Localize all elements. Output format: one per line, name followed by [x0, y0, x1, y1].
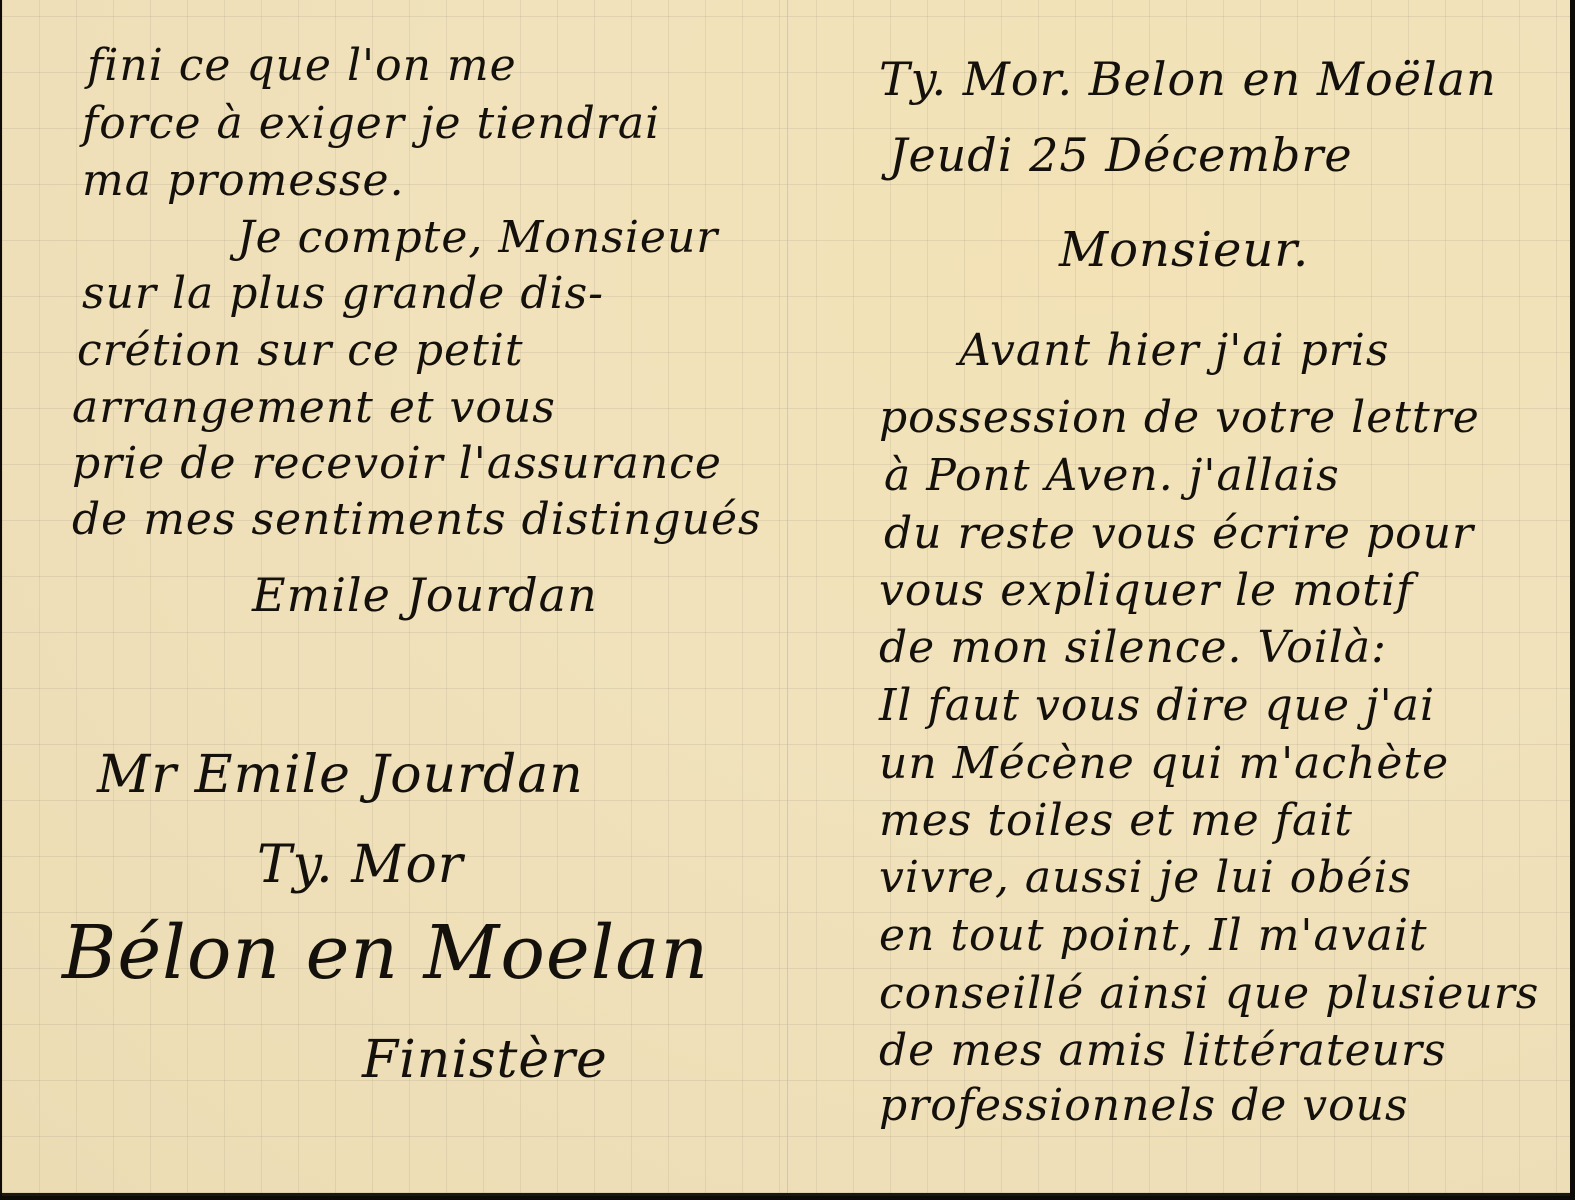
- closing-line: de mes sentiments distingués: [72, 494, 762, 545]
- address-house: Ty. Mor: [257, 835, 464, 895]
- left-page: fini ce que l'on me force à exiger je ti…: [2, 0, 787, 1193]
- closing-line: crétion sur ce petit: [77, 325, 524, 376]
- body-line: du reste vous écrire pour: [884, 508, 1474, 559]
- body-line: Avant hier j'ai pris: [959, 325, 1389, 376]
- body-line: Il faut vous dire que j'ai: [879, 680, 1435, 731]
- closing-line: arrangement et vous: [72, 382, 556, 433]
- address-name: Mr Emile Jourdan: [97, 745, 584, 805]
- right-page: Ty. Mor. Belon en Moëlan Jeudi 25 Décemb…: [789, 0, 1570, 1193]
- letter-sheet: fini ce que l'on me force à exiger je ti…: [2, 0, 1570, 1196]
- body-line: de mon silence. Voilà:: [879, 622, 1387, 673]
- body-line: en tout point, Il m'avait: [879, 910, 1428, 961]
- closing-line: prie de recevoir l'assurance: [72, 438, 722, 489]
- body-line: conseillé ainsi que plusieurs: [879, 968, 1539, 1019]
- salutation: Monsieur.: [1059, 222, 1309, 278]
- closing-line: sur la plus grande dis-: [82, 268, 604, 319]
- body-line: possession de votre lettre: [879, 392, 1480, 443]
- address-region: Finistère: [362, 1030, 608, 1090]
- header-place: Ty. Mor. Belon en Moëlan: [879, 52, 1497, 106]
- address-town: Bélon en Moelan: [62, 910, 709, 996]
- closing-line: ma promesse.: [82, 155, 405, 206]
- body-line: vous expliquer le motif: [879, 565, 1413, 616]
- header-date: Jeudi 25 Décembre: [889, 128, 1353, 182]
- closing-line: force à exiger je tiendrai: [82, 98, 660, 149]
- signature: Emile Jourdan: [252, 568, 598, 622]
- closing-line: fini ce que l'on me: [87, 40, 517, 91]
- body-line: mes toiles et me fait: [879, 795, 1353, 846]
- body-line: de mes amis littérateurs: [879, 1025, 1447, 1076]
- body-line: vivre, aussi je lui obéis: [879, 852, 1412, 903]
- closing-line: Je compte, Monsieur: [237, 212, 718, 263]
- body-line: professionnels de vous: [879, 1080, 1409, 1131]
- body-line: à Pont Aven. j'allais: [884, 450, 1340, 501]
- body-line: un Mécène qui m'achète: [879, 738, 1449, 789]
